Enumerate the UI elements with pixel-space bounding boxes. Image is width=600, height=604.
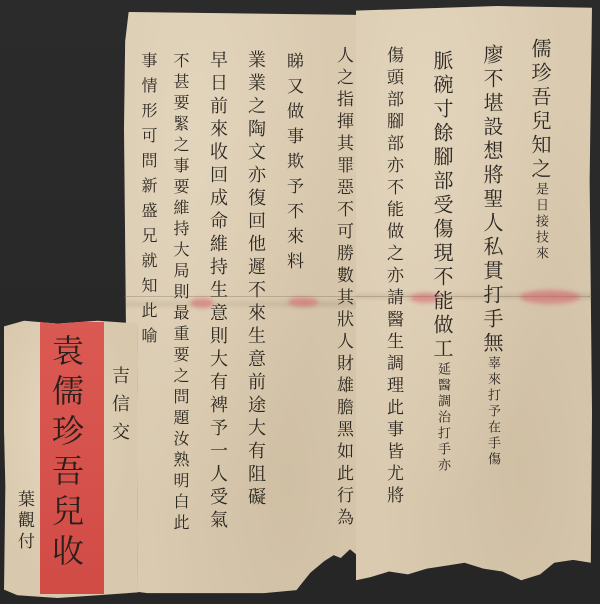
envelope-addressee: 袁儒珍吾兒收 <box>50 334 82 574</box>
envelope-delivery-note: 吉信交 <box>106 366 132 450</box>
letter-column-6: 睇又做事欺予不來料 <box>284 52 301 277</box>
letter-column-9: 不甚要緊之事要維持大局則最重要之問題汝熟明白此 <box>172 52 188 535</box>
letter-column-5: 人之指揮其罪惡不可勝數其狀人財雄膽黑如此行為 <box>334 46 351 530</box>
envelope-sender: 葉觀付 <box>12 490 37 553</box>
letter-column-2: 廖不堪設想將聖人私貫打手無辜來打予在手傷 <box>482 44 502 468</box>
letter-column-8: 早日前來收回成命維持生意則大有裨予一人受氣 <box>208 50 226 533</box>
letter-column-7: 業業之陶文亦復回他遲不來生意前途大有阻礙 <box>246 50 264 510</box>
letter-column-3: 脈碗寸餘腳部受傷現不能做工延醫調治打手亦 <box>432 50 452 474</box>
envelope: 袁儒珍吾兒收 吉信交 葉觀付 <box>4 318 138 598</box>
letter-sheet-left <box>124 12 357 596</box>
red-stain <box>288 297 318 307</box>
letter-column-4: 傷頭部腳部亦不能做之亦請醫生調理此事皆尤將 <box>384 46 401 508</box>
letter-column-10: 事情形可問新盛兄就知此喻 <box>140 52 156 352</box>
letter-column-1: 儒珍吾兒知之是日接技來 <box>530 38 550 262</box>
red-stain <box>520 290 580 304</box>
